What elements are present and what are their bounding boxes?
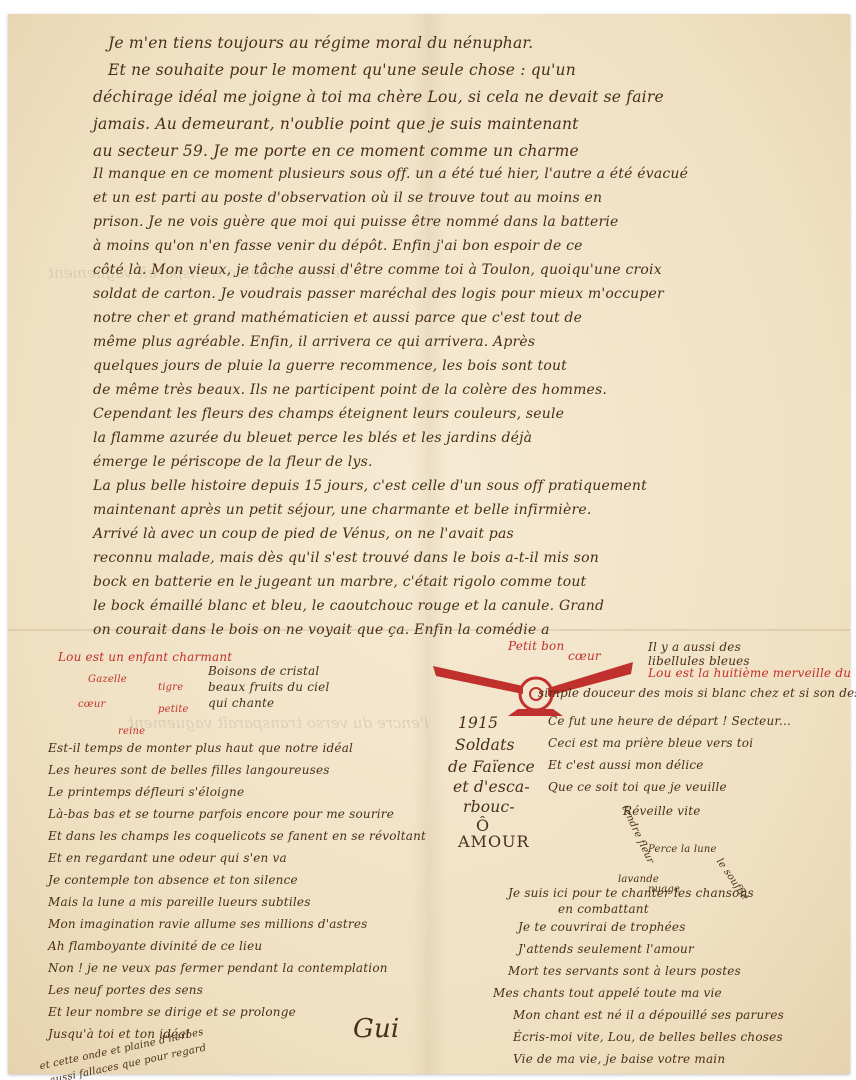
text-line: Ce fut une heure de départ ! Secteur... (548, 714, 791, 728)
text-line: Le printemps défleuri s'éloigne (48, 785, 244, 799)
text-line: de Faïence (448, 758, 535, 776)
text-line: Mes chants tout appelé toute ma vie (493, 986, 722, 1000)
text-line: Ah flamboyante divinité de ce lieu (48, 939, 262, 953)
text-line: côté là. Mon vieux, je tâche aussi d'êtr… (93, 262, 662, 278)
red-note-top-right: Lou est la huitième merveille du monde (648, 666, 856, 680)
text-line: beaux fruits du ciel (208, 680, 330, 694)
text-line: Mais la lune a mis pareille lueurs subti… (48, 895, 311, 909)
text-line: Arrivé là avec un coup de pied de Vénus,… (93, 526, 514, 542)
text-line: Mon chant est né il a dépouillé ses paru… (513, 1008, 784, 1022)
text-line: au secteur 59. Je me porte en ce moment … (93, 142, 579, 160)
calligram-word: Perce la lune (648, 844, 717, 855)
text-line: de même très beaux. Ils ne participent p… (93, 382, 607, 398)
text-line: La plus belle histoire depuis 15 jours, … (93, 478, 647, 494)
heart-word: Gazelle (88, 674, 127, 685)
text-line: Je te couvrirai de trophées (518, 920, 686, 934)
text-line: maintenant après un petit séjour, une ch… (93, 502, 592, 518)
heart-word: tigre (158, 682, 183, 693)
text-line: Non ! je ne veux pas fermer pendant la c… (48, 961, 388, 975)
text-line: en combattant (558, 902, 649, 916)
text-line: Que ce soit toi que je veuille (548, 780, 727, 794)
letter-page: l'encre du verso transparaît vaguement l… (8, 14, 850, 1074)
text-line: Est-il temps de monter plus haut que not… (48, 741, 353, 755)
text-line: Je suis ici pour te chanter les chansons (508, 886, 754, 900)
text-line: soldat de carton. Je voudrais passer mar… (93, 286, 664, 302)
text-line: jamais. Au demeurant, n'oublie point que… (93, 115, 579, 133)
heart-word: petite (158, 704, 189, 715)
text-line: même plus agréable. Enfin, il arrivera c… (93, 334, 535, 350)
plane-label: Petit bon (508, 639, 564, 653)
text-line: quelques jours de pluie la guerre recomm… (93, 358, 567, 374)
text-line: bock en batterie en le jugeant un marbre… (93, 574, 586, 590)
text-line: Ceci est ma prière bleue vers toi (548, 736, 753, 750)
text-line: et d'esca- (453, 778, 530, 796)
text-line: rbouc- (463, 798, 515, 816)
text-line: la flamme azurée du bleuet perce les blé… (93, 430, 532, 446)
text-line: simple douceur des mois si blanc chez et… (538, 686, 856, 700)
text-line: Et leur nombre se dirige et se prolonge (48, 1005, 296, 1019)
red-note-top-left: Lou est un enfant charmant (58, 650, 232, 664)
text-line: J'attends seulement l'amour (518, 942, 694, 956)
text-line: libellules bleues (648, 654, 750, 668)
text-line: Et en regardant une odeur qui s'en va (48, 851, 287, 865)
year-label: 1915 (458, 714, 498, 732)
text-line: qui chante (208, 696, 274, 710)
text-line: Je contemple ton absence et ton silence (48, 873, 298, 887)
plane-label: cœur (568, 649, 601, 663)
text-line: on courait dans le bois on ne voyait que… (93, 622, 550, 638)
text-line: Mort tes servants sont à leurs postes (508, 964, 741, 978)
text-line: reconnu malade, mais dès qu'il s'est tro… (93, 550, 599, 566)
amour-word: AMOUR (458, 832, 530, 851)
text-line: Et c'est aussi mon délice (548, 758, 704, 772)
text-line: Et dans les champs les coquelicots se fa… (48, 829, 426, 843)
text-line: Vie de ma vie, je baise votre main (513, 1052, 725, 1066)
text-line: Et ne souhaite pour le moment qu'une seu… (108, 61, 576, 79)
text-line: Il manque en ce moment plusieurs sous of… (93, 166, 688, 182)
text-line: Je m'en tiens toujours au régime moral d… (108, 34, 533, 52)
text-line: émerge le périscope de la fleur de lys. (93, 454, 373, 470)
text-line: Écris-moi vite, Lou, de belles belles ch… (513, 1030, 783, 1044)
text-line: Les neuf portes des sens (48, 983, 203, 997)
text-line: Il y a aussi des (648, 640, 741, 654)
text-line: Cependant les fleurs des champs éteignen… (93, 406, 564, 422)
text-line: Là-bas bas et se tourne parfois encore p… (48, 807, 394, 821)
bleed-through-text: l'encre du verso transparaît vaguement (128, 714, 429, 732)
heart-word: cœur (78, 699, 106, 710)
text-line: Mon imagination ravie allume ses million… (48, 917, 368, 931)
text-line: à moins qu'on n'en fasse venir du dépôt.… (93, 238, 583, 254)
text-line: déchirage idéal me joigne à toi ma chère… (93, 88, 664, 106)
text-line: prison. Je ne vois guère que moi qui pui… (93, 214, 619, 230)
text-line: notre cher et grand mathématicien et aus… (93, 310, 582, 326)
signature: Gui (353, 1014, 399, 1044)
text-line: Boisons de cristal (208, 664, 319, 678)
heart-word: reine (118, 726, 145, 737)
text-line: Soldats (455, 736, 515, 754)
text-line: le bock émaillé blanc et bleu, le caoutc… (93, 598, 604, 614)
text-line: et un est parti au poste d'observation o… (93, 190, 602, 206)
text-line: Les heures sont de belles filles langour… (48, 763, 330, 777)
